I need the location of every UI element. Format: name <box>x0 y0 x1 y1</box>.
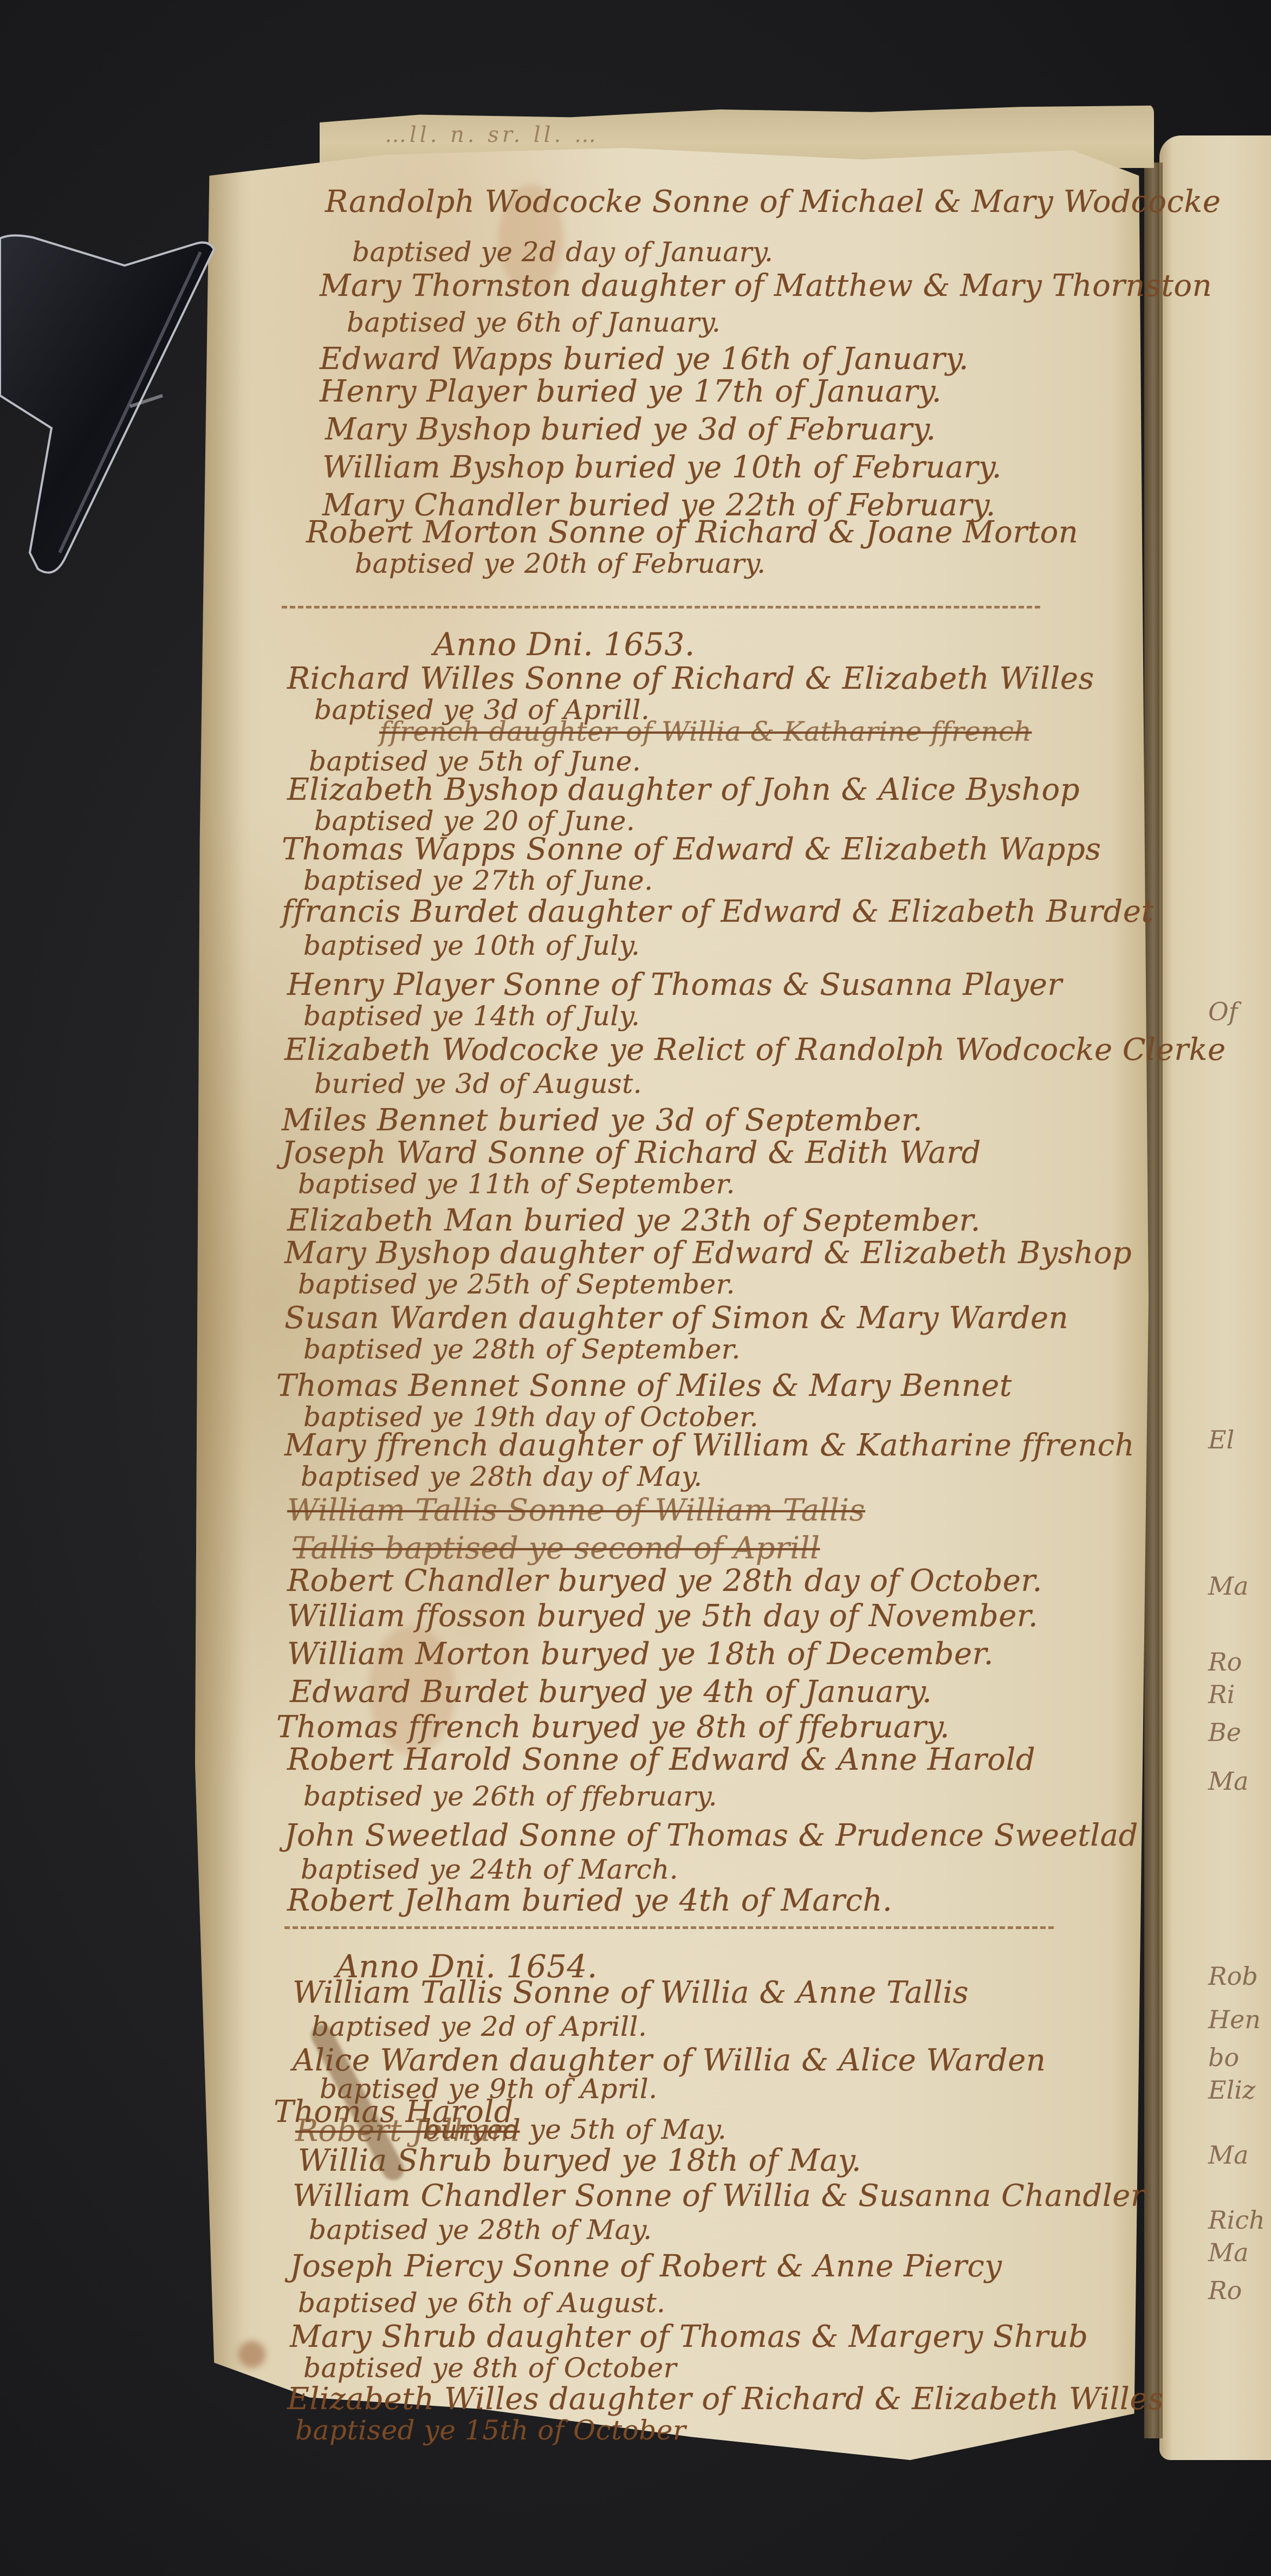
entry-line: William Morton buryed ye 18th of Decembe… <box>287 1639 994 1669</box>
entry-line: Robert Morton Sonne of Richard & Joane M… <box>306 517 1078 548</box>
ink-spot <box>238 2341 265 2368</box>
entry-line: Miles Bennet buried ye 3d of September. <box>282 1105 923 1136</box>
struck-entry-line: William Tallis Sonne of William Tallis <box>287 1496 865 1526</box>
adjacent-right-page <box>1159 135 1271 2460</box>
right-page-fragment: Ma <box>1208 2238 1249 2267</box>
entry-line: baptised ye 28th of September. <box>303 1336 741 1363</box>
entry-line: Elizabeth Man buried ye 23th of Septembe… <box>287 1206 981 1236</box>
entry-line: Mary Shrub daughter of Thomas & Margery … <box>290 2322 1088 2352</box>
entry-line: baptised ye 24th of March. <box>301 1856 678 1883</box>
right-page-fragment: Be <box>1208 1718 1241 1747</box>
right-page-fragment: Ma <box>1208 1571 1249 1601</box>
right-page-fragment: El <box>1208 1425 1234 1454</box>
entry-line: Joseph Ward Sonne of Richard & Edith War… <box>282 1138 981 1168</box>
entry-line: baptised ye 15th of October <box>295 2417 686 2444</box>
right-page-fragment: Ro <box>1208 2276 1242 2305</box>
entry-line: ffrancis Burdet daughter of Edward & Eli… <box>282 897 1153 927</box>
right-page-fragment: Rob <box>1208 1962 1258 1991</box>
year-divider <box>282 606 1040 609</box>
entry-line: baptised ye 5th of June. <box>309 748 641 775</box>
entry-line: baptised ye 28th day of May. <box>301 1463 703 1490</box>
entry-line: Thomas ffrench buryed ye 8th of ffebruar… <box>276 1712 950 1743</box>
entry-line: baptised ye 6th of January. <box>347 309 721 336</box>
entry-line: Susan Warden daughter of Simon & Mary Wa… <box>284 1303 1068 1334</box>
entry-line: baptised ye 6th of August. <box>298 2289 665 2316</box>
entry-line: Robert Chandler buryed ye 28th day of Oc… <box>287 1566 1042 1596</box>
right-page-fragment: Ri <box>1208 1680 1235 1709</box>
entry-line: Henry Player Sonne of Thomas & Susanna P… <box>287 970 1062 1000</box>
entry-line: Elizabeth Wodcocke ye Relict of Randolph… <box>284 1035 1226 1065</box>
entry-line: William Byshop buried ye 10th of Februar… <box>322 452 1002 483</box>
entry-line: baptised ye 11th of September. <box>298 1170 735 1198</box>
entry-line: baptised ye 8th of October <box>303 2354 677 2381</box>
entry-line: Mary ffrench daughter of William & Katha… <box>284 1431 1134 1461</box>
entry-line: Mary Byshop daughter of Edward & Elizabe… <box>284 1238 1132 1268</box>
entry-line: baptised ye 20 of June. <box>314 807 635 834</box>
right-page-fragment: Ro <box>1208 1647 1242 1677</box>
right-page-fragment: Of <box>1208 997 1238 1026</box>
entry-line: Randolph Wodcocke Sonne of Michael & Mar… <box>325 187 1221 217</box>
entry-line: baptised ye 2d of Aprill. <box>312 2013 647 2040</box>
entry-line: baptised ye 14th of July. <box>303 1002 640 1030</box>
entry-line: Elizabeth Byshop daughter of John & Alic… <box>287 775 1080 805</box>
right-page-fragment: Eliz <box>1208 2075 1255 2105</box>
entry-line: baptised ye 2d day of January. <box>352 238 773 266</box>
underlying-page-text: …ll. n. sr. ll. … <box>385 122 599 147</box>
right-page-fragment: Hen <box>1208 2005 1261 2034</box>
entry-line: Mary Byshop buried ye 3d of February. <box>325 415 936 445</box>
right-page-fragment: Ma <box>1208 1766 1249 1796</box>
entry-line: baptised ye 26th of ffebruary. <box>303 1783 717 1810</box>
entry-line: Edward Burdet buryed ye 4th of January. <box>290 1677 932 1707</box>
entry-line: baptised ye 28th of May. <box>309 2216 652 2243</box>
struck-entry-line: Tallis baptised ye second of Aprill <box>293 1533 820 1564</box>
struck-entry-line: ffrench daughter of Willia & Katharine f… <box>379 718 1032 745</box>
entry-line: William ffosson buryed ye 5th day of Nov… <box>287 1601 1038 1632</box>
entry-line: William Chandler Sonne of Willia & Susan… <box>293 2181 1145 2211</box>
entry-line: Edward Wapps buried ye 16th of January. <box>320 344 969 374</box>
entry-line: Richard Willes Sonne of Richard & Elizab… <box>287 664 1094 694</box>
entry-line: John Sweetlad Sonne of Thomas & Prudence… <box>284 1821 1138 1851</box>
entry-line: Elizabeth Willes daughter of Richard & E… <box>287 2384 1164 2415</box>
entry-line: baptised ye 27th of June. <box>303 867 653 894</box>
bulldog-clip-icon <box>0 233 309 612</box>
entry-line: William Tallis Sonne of Willia & Anne Ta… <box>293 1978 969 2008</box>
year-divider <box>284 1926 1054 1929</box>
entry-line: buryed ye 5th of May. <box>423 2116 727 2143</box>
entry-line: Henry Player buried ye 17th of January. <box>320 377 942 407</box>
right-page-fragment: bo <box>1208 2043 1239 2072</box>
right-page-fragment: Ma <box>1208 2140 1249 2170</box>
entry-line: Mary Thornston daughter of Matthew & Mar… <box>320 271 1212 301</box>
entry-line: baptised ye 19th day of October. <box>303 1403 758 1431</box>
entry-line: baptised ye 10th of July. <box>303 932 640 959</box>
entry-line: Thomas Wapps Sonne of Edward & Elizabeth… <box>282 834 1101 865</box>
entry-line: Joseph Piercy Sonne of Robert & Anne Pie… <box>290 2251 1002 2282</box>
entry-line: Robert Jelham buried ye 4th of March. <box>287 1886 892 1916</box>
year-heading-1653: Anno Dni. 1653. <box>433 629 695 660</box>
entry-line: baptised ye 20th of February. <box>355 550 766 577</box>
right-page-fragment: Rich <box>1208 2205 1265 2235</box>
entry-line: Thomas Bennet Sonne of Miles & Mary Benn… <box>276 1371 1012 1401</box>
entry-line: Robert Harold Sonne of Edward & Anne Har… <box>287 1745 1035 1775</box>
entry-line: baptised ye 25th of September. <box>298 1271 735 1298</box>
entry-line: Alice Warden daughter of Willia & Alice … <box>293 2046 1046 2076</box>
entry-line: buried ye 3d of August. <box>314 1070 642 1097</box>
